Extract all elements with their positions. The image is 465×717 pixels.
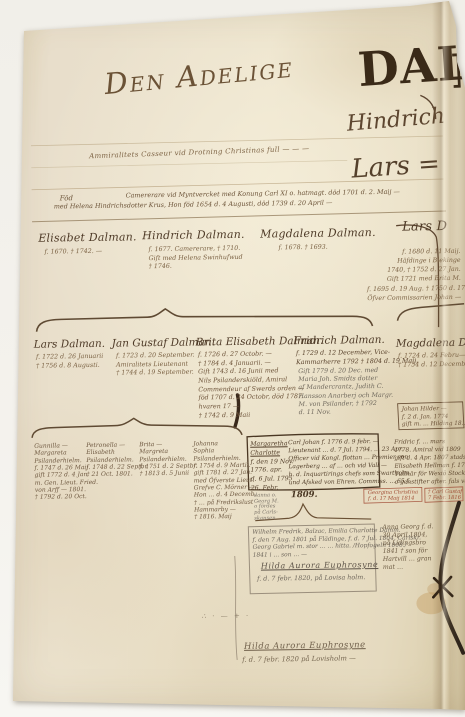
gen3-person-details: f. 1726 d. 27 Octobr. —† 1784 d. 4 Janua… <box>198 350 305 421</box>
gen3-brace-right <box>397 304 464 321</box>
ruled-line <box>32 211 446 222</box>
gen1-lars-name: Lars = <box>350 149 440 185</box>
gen2-person-details: f. 1677. Camererare, † 1710.Gift med Hel… <box>148 245 242 272</box>
gen4-right-column: Fridric f. … mars1778. Amiral vid 1809gi… <box>394 438 465 487</box>
gen4-column: Brita —MargretaPsilanderhielm.f. 1751 d.… <box>139 440 198 477</box>
ruled-line <box>31 160 347 167</box>
gen2-person-details: f. 1678. † 1693. <box>278 244 327 253</box>
birth-label: Föd <box>60 194 73 202</box>
gen2-person-name: Elisabet Dalman. <box>38 230 137 244</box>
gen3-person-name: Magdalena Da <box>396 337 465 350</box>
gen3-person-name: Fridrich Dalman. <box>294 334 385 347</box>
gen3-person-details: f. 1724 d. 24 Febru—† 1754 d. 12 Decemb— <box>398 352 465 370</box>
side-note-johan: Johan Hilder —f. 2 d. Jan. 1774gift m. …… <box>402 406 465 430</box>
gen4-box-main-text: Carl Johan f. 1776 d. 9 febr. —Lieutenan… <box>288 438 410 488</box>
admiralty-line: Ammiralitets Casseur vid Drotning Christ… <box>89 145 309 161</box>
gen4-column: JohannaSophiaPsilanderhielm.f. 1754 d. 9… <box>193 440 257 521</box>
red-note: † Carl Gustaf7 Febr. 1816 <box>428 490 462 501</box>
manuscript-sheet: Den Adelige DAL M Hindrich Ammiralitets … <box>0 0 465 717</box>
gen2-person-name: Magdalena Dalman. <box>260 226 376 241</box>
gen3-person-details: f. 1722 d. 26 Januarii† 1756 d. 8 August… <box>36 353 104 371</box>
gen2-person-name: Hindrich Dalman. <box>142 228 245 242</box>
gen4-box-scribble: danna o.Georg M.o fördespå Carls-skansen <box>254 493 279 522</box>
gen1-detail-line-1: Camererare vid Myntvercket med Konung Ca… <box>126 188 400 200</box>
red-note: Georgina Christinaf. d. 17 Maij 1814 <box>368 490 418 502</box>
ruled-line <box>31 136 443 146</box>
page-title-script: Den Adelige <box>103 50 295 101</box>
sheet-content: Den Adelige DAL M Hindrich Ammiralitets … <box>0 0 465 717</box>
gen3-person-name: Lars Dalman. <box>34 338 106 351</box>
ink-cross-mark <box>433 577 452 597</box>
pencil-marks: ∴ · — + · <box>202 612 251 621</box>
gen5-right-note: Anna Georg f. d.30 April 1804,på Lidings… <box>382 523 434 571</box>
gen3-brace <box>36 306 372 332</box>
gen3-person-pencil-note: Gift 1779 d. 20 Dec. medMaria Joh. Smidt… <box>298 367 393 417</box>
gen4-box-year: 1809. <box>291 490 318 500</box>
gen2-person-name: Lars D <box>402 219 447 235</box>
photo-backdrop: { "title": { "script": "Den Adelige", "c… <box>0 0 465 717</box>
bottom-note-name: Hilda Aurora Euphrosyne <box>244 640 366 652</box>
gen1-detail-line-2: med Helena Hindrichsdotter Krus, Hon föd… <box>54 199 333 211</box>
pencil-descent-line <box>235 556 238 660</box>
ink-stroke-heavy <box>439 503 463 653</box>
gen1-hindrich-name: Hindrich <box>346 104 446 137</box>
paper-stain <box>416 592 446 614</box>
gen3-person-details: f. 1723 d. 20 September.Amiralitets Lieu… <box>116 352 195 379</box>
gen2-person-details: f. 1680 d. 11 Maij.Häfdinge i Blekinge17… <box>366 247 461 303</box>
bottom-note-detail: f. d. 7 febr. 1820 på Lovisholm — <box>242 654 356 664</box>
gen2-person-details: f. 1670. † 1742. — <box>44 248 102 257</box>
paper-stain <box>427 583 443 595</box>
gen5-heir-detail: f. d. 7 febr. 1820, på Lovisa holm. <box>257 573 365 583</box>
gen5-heir-name: Hilda Aurora Euphrosyne <box>261 560 379 571</box>
page-title-caps-cut: M <box>450 45 462 100</box>
manuscript-photo: Den Adelige DAL M Hindrich Ammiralitets … <box>0 0 465 717</box>
